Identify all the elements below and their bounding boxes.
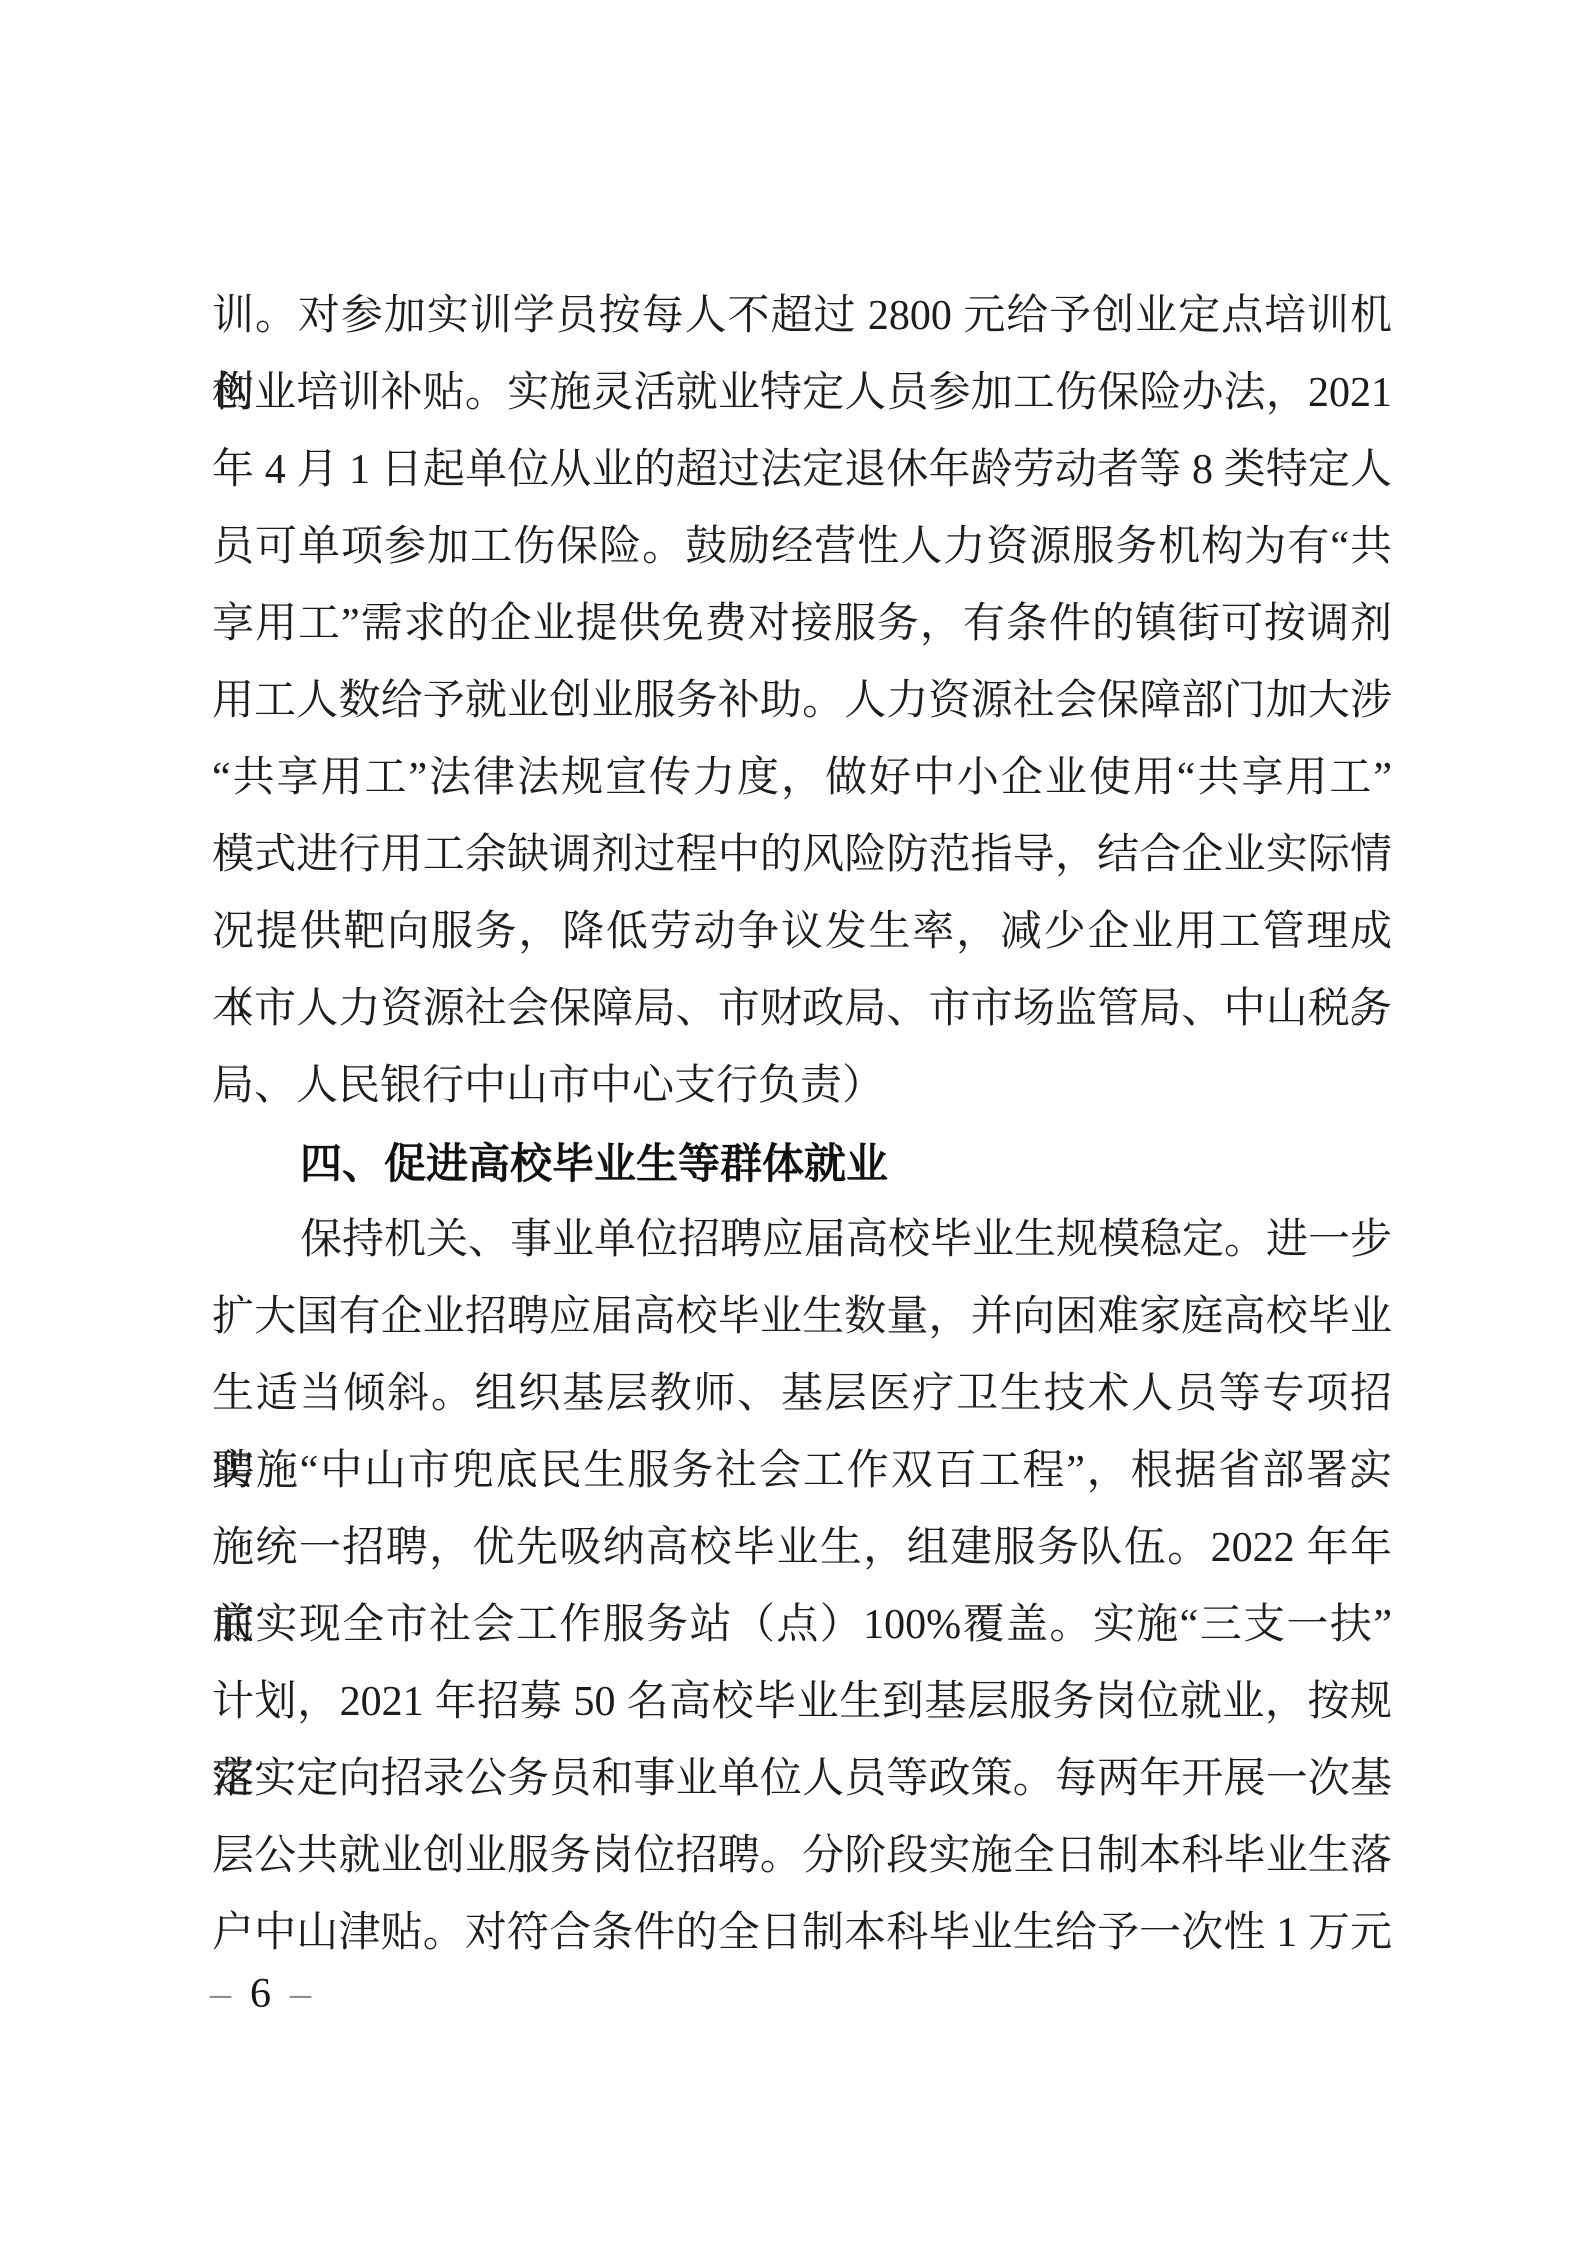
text-line: 训。对参加实训学员按每人不超过 2800 元给予创业定点培训机构: [212, 278, 1392, 355]
document-page: 训。对参加实训学员按每人不超过 2800 元给予创业定点培训机构创业培训补贴。实…: [0, 0, 1587, 2245]
text-line: 享用工”需求的企业提供免费对接服务，有条件的镇街可按调剂: [212, 586, 1392, 663]
text-line: 况提供靶向服务，降低劳动争议发生率，减少企业用工管理成本。: [212, 894, 1392, 971]
text-line: 计划，2021 年招募 50 名高校毕业生到基层服务岗位就业，按规定: [212, 1664, 1392, 1741]
document-text-block: 训。对参加实训学员按每人不超过 2800 元给予创业定点培训机构创业培训补贴。实…: [212, 278, 1392, 1972]
text-line: 实施“中山市兜底民生服务社会工作双百工程”，根据省部署实: [212, 1433, 1392, 1510]
text-line: 年 4 月 1 日起单位从业的超过法定退休年龄劳动者等 8 类特定人: [212, 432, 1392, 509]
text-line: 局、人民银行中山市中心支行负责）: [212, 1048, 1392, 1125]
text-line: 扩大国有企业招聘应届高校毕业生数量，并向困难家庭高校毕业: [212, 1279, 1392, 1356]
text-line: 创业培训补贴。实施灵活就业特定人员参加工伤保险办法，2021: [212, 355, 1392, 432]
page-number-value: 6: [250, 1971, 271, 2017]
section-heading: 四、促进高校毕业生等群体就业: [212, 1125, 1392, 1202]
page-number-right-dash: –: [290, 1971, 311, 2017]
text-line: 保持机关、事业单位招聘应届高校毕业生规模稳定。进一步: [212, 1202, 1392, 1279]
text-line: 层公共就业创业服务岗位招聘。分阶段实施全日制本科毕业生落: [212, 1818, 1392, 1895]
page-number-left-dash: –: [210, 1971, 231, 2017]
text-line: 生适当倾斜。组织基层教师、基层医疗卫生技术人员等专项招聘。: [212, 1356, 1392, 1433]
text-line: 模式进行用工余缺调剂过程中的风险防范指导，结合企业实际情: [212, 817, 1392, 894]
text-line: （市人力资源社会保障局、市财政局、市市场监管局、中山税务: [212, 971, 1392, 1048]
text-line: 员可单项参加工伤保险。鼓励经营性人力资源服务机构为有“共: [212, 509, 1392, 586]
text-line: 用工人数给予就业创业服务补助。人力资源社会保障部门加大涉: [212, 663, 1392, 740]
text-line: 施统一招聘，优先吸纳高校毕业生，组建服务队伍。2022 年年底: [212, 1510, 1392, 1587]
page-number: –6–: [210, 1966, 311, 2022]
text-line: 落实定向招录公务员和事业单位人员等政策。每两年开展一次基: [212, 1741, 1392, 1818]
text-line: “共享用工”法律法规宣传力度，做好中小企业使用“共享用工”: [212, 740, 1392, 817]
text-line: 户中山津贴。对符合条件的全日制本科毕业生给予一次性 1 万元: [212, 1895, 1392, 1972]
text-line: 前实现全市社会工作服务站（点）100%覆盖。实施“三支一扶”: [212, 1587, 1392, 1664]
